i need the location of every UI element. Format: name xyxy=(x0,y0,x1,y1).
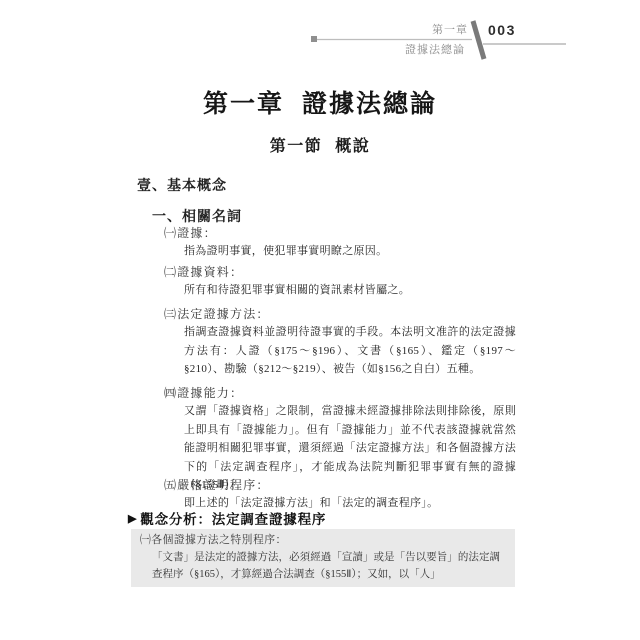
heading-basic-concepts: 壹、基本概念 xyxy=(137,175,227,195)
book-page: 第一章 證據法總論 003 第一章證據法總論 第一節概說 壹、基本概念 一、相關… xyxy=(0,0,640,640)
definition-label: ㈢法定證據方法： xyxy=(164,305,516,323)
definition-item: ㈢法定證據方法： 指調查證據資料並證明待證事實的手段。本法明文准許的法定證據方法… xyxy=(164,305,516,379)
concept-analysis-heading: ▶ 觀念分析：法定調查證據程序 xyxy=(128,508,326,528)
concept-analysis-box: ㈠各個證據方法之特別程序： 「文書」是法定的證據方法，必須經過「宣讀」或是「告以… xyxy=(131,529,515,587)
definition-label: ㈣證據能力： xyxy=(164,384,516,402)
definition-label: ㈤嚴格證明程序： xyxy=(164,476,516,494)
definition-item: ㈠證據： 指為證明事實，使犯罪事實明瞭之原因。 xyxy=(164,224,516,261)
definition-body: 所有和待證犯罪事實相關的資訊素材皆屬之。 xyxy=(184,281,516,300)
header-slash-mark xyxy=(473,21,484,59)
definition-label: ㈡證據資料： xyxy=(164,263,516,281)
header-bullet-square xyxy=(311,36,317,42)
right-triangle-icon: ▶ xyxy=(128,512,137,525)
definition-item: ㈡證據資料： 所有和待證犯罪事實相關的資訊素材皆屬之。 xyxy=(164,263,516,300)
definition-body: 指調查證據資料並證明待證事實的手段。本法明文准許的法定證據方法有：人證（§175… xyxy=(184,323,516,379)
section-title-label: 第一節 xyxy=(270,138,323,155)
analysis-box-label: ㈠各個證據方法之特別程序： xyxy=(140,532,506,549)
chapter-title-name: 證據法總論 xyxy=(302,90,437,118)
chapter-title-label: 第一章 xyxy=(203,90,284,118)
section-title: 第一節概說 xyxy=(0,133,640,156)
header-page-number: 003 xyxy=(488,22,516,38)
concept-analysis-title: 觀念分析：法定調查證據程序 xyxy=(140,508,326,528)
header-book-title: 證據法總論 xyxy=(405,41,465,57)
section-title-name: 概說 xyxy=(335,138,370,155)
heading-related-terms: 一、相關名詞 xyxy=(152,206,242,226)
definition-body: 指為證明事實，使犯罪事實明瞭之原因。 xyxy=(184,242,516,261)
header-chapter-label: 第一章 xyxy=(432,21,468,37)
analysis-box-body: 「文書」是法定的證據方法，必須經過「宣讀」或是「告以要旨」的法定調查程序（§16… xyxy=(152,549,500,583)
definition-label: ㈠證據： xyxy=(164,224,516,242)
chapter-title: 第一章證據法總論 xyxy=(0,84,640,120)
